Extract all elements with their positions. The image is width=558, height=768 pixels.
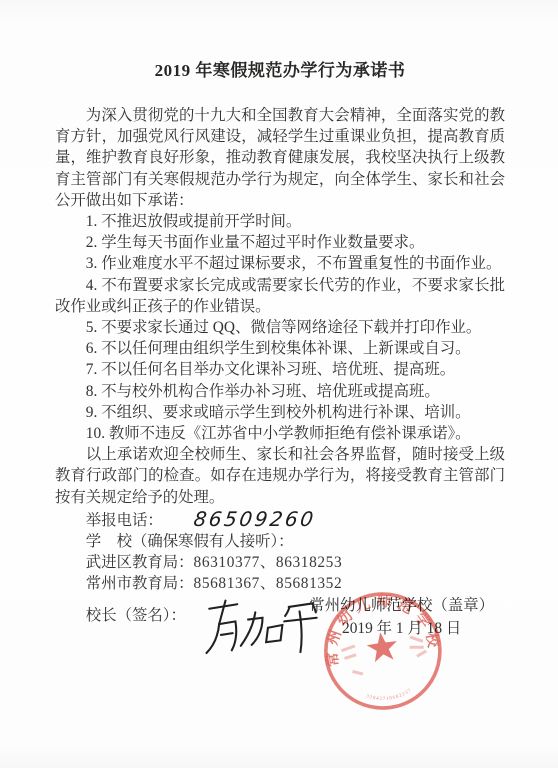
principal-signature-label: 校长（签名）：	[55, 605, 186, 626]
report-phone-label: 举报电话：	[86, 512, 163, 529]
scanned-document-page: 2019 年寒假规范办学行为承诺书 为深入贯彻党的十九大和全国教育大会精神，全面…	[0, 0, 558, 768]
commitment-item: 2. 学生每天书面作业量不超过平时作业数量要求。	[55, 232, 505, 253]
wujin-bureau-phones: 86310377、86318253	[194, 554, 343, 571]
commitment-item: 5. 不要求家长通过 QQ、微信等网络途径下载并打印作业。	[55, 317, 505, 338]
commitment-item: 9. 不组织、要求或暗示学生到校外机构进行补课、培训。	[55, 402, 505, 423]
commitment-item: 7. 不以任何名目举办文化课补习班、培优班、提高班。	[55, 359, 505, 380]
principal-handwritten-signature	[192, 597, 324, 653]
changzhou-bureau-label: 常州市教育局：	[86, 575, 194, 592]
changzhou-bureau-phones: 85681367、85681352	[194, 575, 343, 592]
closing-paragraph: 以上承诺欢迎全校师生、家长和社会各界监督，随时接受上级教育行政部门的检查。如存在…	[55, 444, 505, 508]
commitment-item: 10. 教师不违反《江苏省中小学教师拒绝有偿补课承诺》。	[55, 423, 505, 444]
commitment-item: 8. 不与校外机构合作举办补习班、培优班或提高班。	[55, 381, 505, 402]
document-content: 2019 年寒假规范办学行为承诺书 为深入贯彻党的十九大和全国教育大会精神，全面…	[55, 56, 505, 651]
school-answer-line: 学 校（确保寒假有人接听）：	[55, 531, 505, 552]
wujin-bureau-label: 武进区教育局：	[86, 554, 194, 571]
seal-star-icon	[365, 630, 399, 663]
document-title: 2019 年寒假规范办学行为承诺书	[55, 56, 505, 81]
intro-paragraph: 为深入贯彻党的十九大和全国教育大会精神，全面落实党的教育方针，加强党风行风建设，…	[55, 105, 505, 211]
commitment-item: 1. 不推迟放假或提前开学时间。	[55, 211, 505, 232]
wujin-bureau-line: 武进区教育局：86310377、86318253	[55, 552, 505, 573]
report-phone-handwritten: 86509260	[161, 509, 316, 529]
commitment-item: 3. 作业难度水平不超过课标要求，不布置重复性的书面作业。	[55, 253, 505, 274]
commitment-item: 4. 不布置要求家长完成或需要家长代劳的作业，不要求家长批改作业或纠正孩子的作业…	[55, 275, 505, 317]
report-phone-line: 举报电话：86509260	[55, 508, 505, 531]
official-red-seal-stamp: 常州幼儿师范学校 32042710682237	[312, 581, 454, 723]
commitment-item: 6. 不以任何理由组织学生到校集体补课、上新课或自习。	[55, 338, 505, 359]
